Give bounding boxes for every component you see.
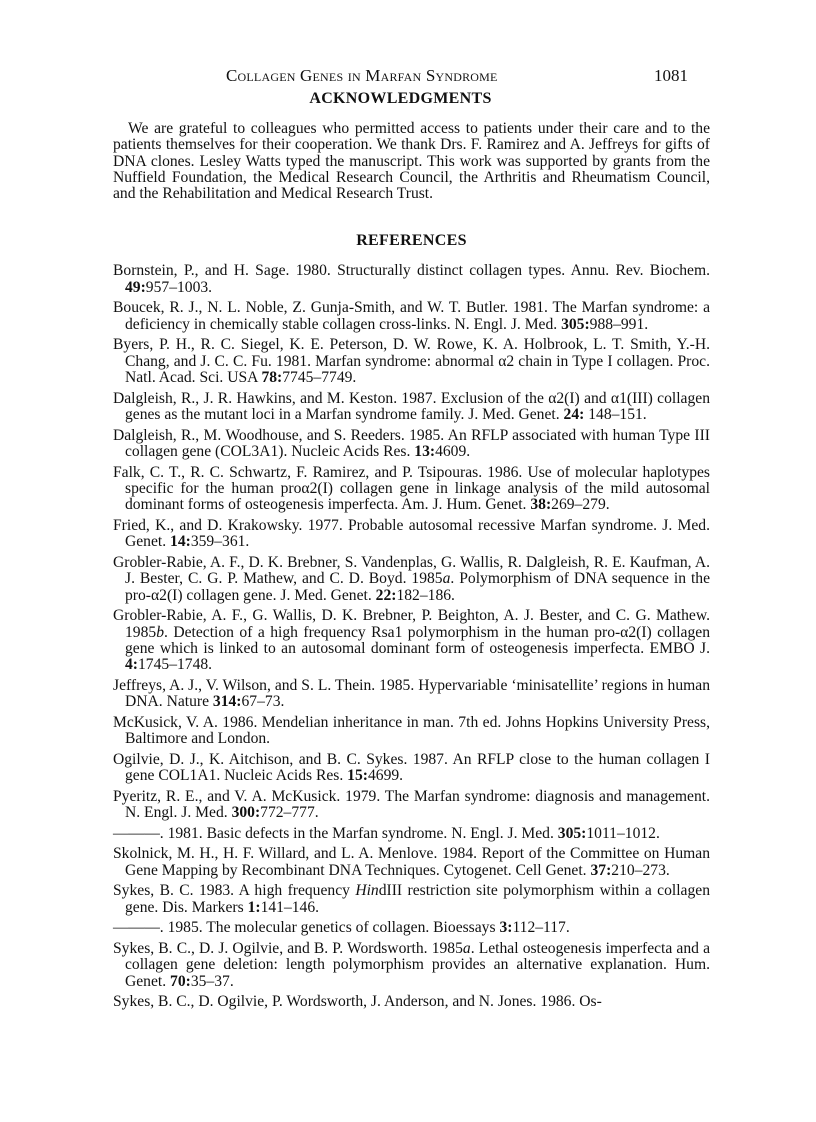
reference-italic: b — [156, 624, 164, 641]
reference-volume: 49: — [125, 279, 146, 296]
acknowledgments-heading: ACKNOWLEDGMENTS — [91, 90, 710, 108]
reference-pages: 141–146. — [261, 899, 319, 916]
reference-item: Fried, K., and D. Krakowsky. 1977. Proba… — [113, 518, 710, 551]
reference-item: Falk, C. T., R. C. Schwartz, F. Ramirez,… — [113, 465, 710, 514]
reference-pages: 957–1003. — [146, 279, 212, 296]
reference-item: Grobler-Rabie, A. F., D. K. Brebner, S. … — [113, 555, 710, 604]
reference-item: Sykes, B. C., D. Ogilvie, P. Wordsworth,… — [113, 994, 710, 1010]
reference-item: McKusick, V. A. 1986. Mendelian inherita… — [113, 715, 710, 748]
reference-item: Grobler-Rabie, A. F., G. Wallis, D. K. B… — [113, 608, 710, 673]
reference-volume: 13: — [414, 443, 435, 460]
reference-text: Dalgleish, R., M. Woodhouse, and S. Reed… — [113, 427, 710, 460]
reference-pages: 4699. — [368, 767, 403, 784]
reference-italic: Hin — [355, 882, 378, 899]
reference-text: . Detection of a high frequency Rsa1 pol… — [125, 624, 710, 657]
reference-text: ———. 1985. The molecular genetics of col… — [113, 919, 499, 936]
reference-text: Jeffreys, A. J., V. Wilson, and S. L. Th… — [113, 677, 710, 710]
reference-pages: 148–151. — [584, 406, 646, 423]
acknowledgments-text: We are grateful to colleagues who permit… — [113, 121, 710, 202]
reference-volume: 314: — [213, 693, 242, 710]
reference-text: Sykes, B. C. 1983. A high frequency — [113, 882, 355, 899]
reference-volume: 38: — [530, 496, 551, 513]
reference-volume: 15: — [347, 767, 368, 784]
reference-volume: 24: — [564, 406, 585, 423]
reference-pages: 772–777. — [260, 804, 318, 821]
reference-pages: 269–279. — [551, 496, 609, 513]
reference-pages: 7745–7749. — [282, 369, 356, 386]
reference-pages: 1745–1748. — [138, 656, 212, 673]
reference-text: Sykes, B. C., D. Ogilvie, P. Wordsworth,… — [113, 993, 602, 1010]
reference-item: ———. 1985. The molecular genetics of col… — [113, 920, 710, 936]
reference-volume: 305: — [558, 825, 587, 842]
reference-pages: 112–117. — [512, 919, 569, 936]
reference-pages: 35–37. — [191, 973, 234, 990]
page-number: 1081 — [654, 66, 688, 86]
reference-item: Dalgleish, R., M. Woodhouse, and S. Reed… — [113, 428, 710, 461]
reference-volume: 22: — [376, 587, 397, 604]
reference-item: Skolnick, M. H., H. F. Willard, and L. A… — [113, 846, 710, 879]
reference-item: Boucek, R. J., N. L. Noble, Z. Gunja-Smi… — [113, 300, 710, 333]
reference-item: Ogilvie, D. J., K. Aitchison, and B. C. … — [113, 752, 710, 785]
reference-volume: 14: — [170, 533, 191, 550]
reference-pages: 67–73. — [242, 693, 285, 710]
reference-item: Pyeritz, R. E., and V. A. McKusick. 1979… — [113, 789, 710, 822]
page: Collagen Genes in Marfan Syndrome 1081 A… — [113, 66, 710, 1015]
reference-item: Byers, P. H., R. C. Siegel, K. E. Peters… — [113, 337, 710, 386]
references-heading: REFERENCES — [113, 232, 710, 250]
reference-item: Sykes, B. C., D. J. Ogilvie, and B. P. W… — [113, 941, 710, 990]
reference-pages: 359–361. — [191, 533, 249, 550]
reference-volume: 305: — [561, 316, 590, 333]
reference-item: Jeffreys, A. J., V. Wilson, and S. L. Th… — [113, 678, 710, 711]
reference-text: McKusick, V. A. 1986. Mendelian inherita… — [113, 714, 710, 747]
reference-italic: a — [463, 940, 471, 957]
reference-item: Dalgleish, R., J. R. Hawkins, and M. Kes… — [113, 391, 710, 424]
reference-volume: 4: — [125, 656, 138, 673]
running-title: Collagen Genes in Marfan Syndrome — [226, 66, 498, 86]
reference-item: ———. 1981. Basic defects in the Marfan s… — [113, 826, 710, 842]
reference-volume: 37: — [590, 862, 611, 879]
reference-volume: 70: — [170, 973, 191, 990]
reference-pages: 4609. — [435, 443, 470, 460]
reference-text: Sykes, B. C., D. J. Ogilvie, and B. P. W… — [113, 940, 463, 957]
reference-volume: 1: — [248, 899, 261, 916]
reference-item: Sykes, B. C. 1983. A high frequency Hind… — [113, 883, 710, 916]
running-head: Collagen Genes in Marfan Syndrome 1081 — [113, 66, 710, 88]
reference-volume: 3: — [499, 919, 512, 936]
reference-item: Bornstein, P., and H. Sage. 1980. Struct… — [113, 263, 710, 296]
reference-text: Byers, P. H., R. C. Siegel, K. E. Peters… — [113, 336, 710, 386]
reference-text: Bornstein, P., and H. Sage. 1980. Struct… — [113, 262, 710, 279]
reference-pages: 1011–1012. — [586, 825, 660, 842]
reference-volume: 300: — [232, 804, 261, 821]
references-list: Bornstein, P., and H. Sage. 1980. Struct… — [113, 263, 710, 1010]
reference-text: Falk, C. T., R. C. Schwartz, F. Ramirez,… — [113, 464, 710, 514]
reference-text: Pyeritz, R. E., and V. A. McKusick. 1979… — [113, 788, 710, 821]
reference-pages: 210–273. — [611, 862, 669, 879]
reference-text: Ogilvie, D. J., K. Aitchison, and B. C. … — [113, 751, 710, 784]
reference-volume: 78: — [261, 369, 282, 386]
reference-pages: 988–991. — [590, 316, 648, 333]
reference-pages: 182–186. — [396, 587, 454, 604]
reference-text: ———. 1981. Basic defects in the Marfan s… — [113, 825, 558, 842]
